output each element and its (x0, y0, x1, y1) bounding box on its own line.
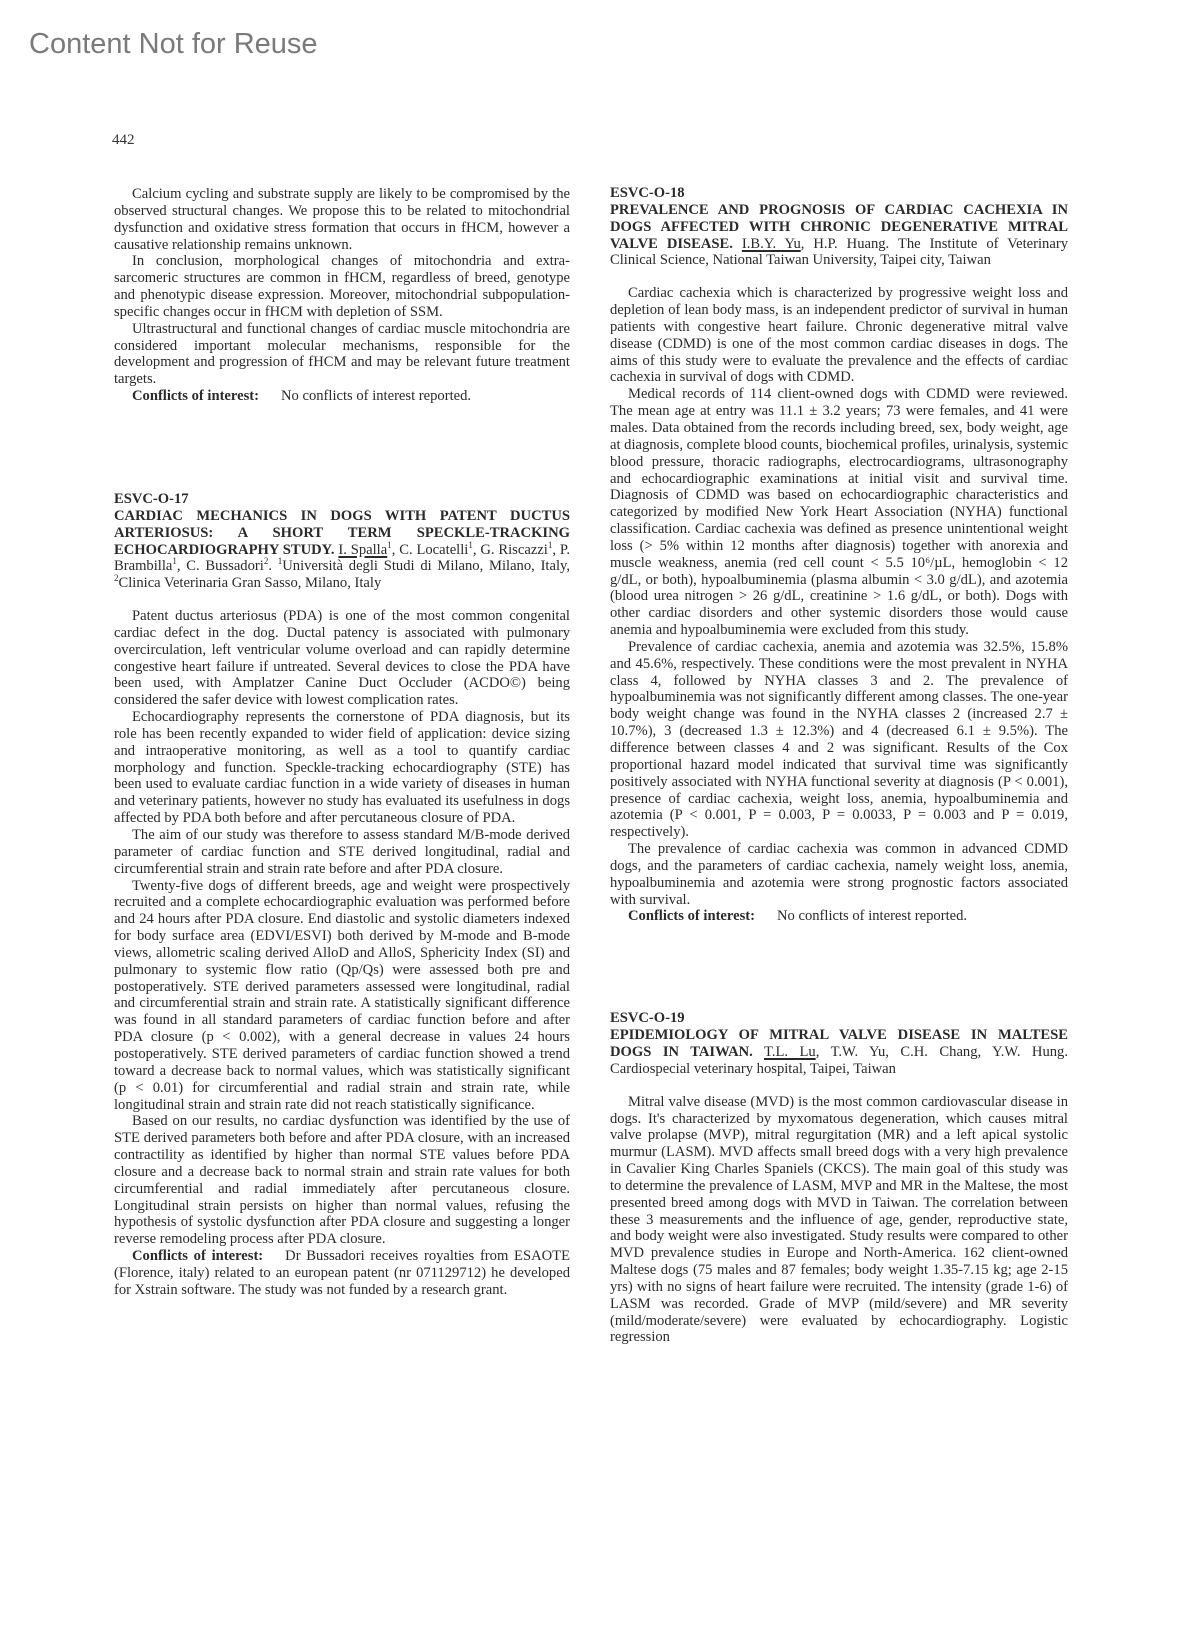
abstract-header: PREVALENCE AND PROGNOSIS OF CARDIAC CACH… (610, 202, 1068, 269)
abstract-esvc-o-18: ESVC-O-18 PREVALENCE AND PROGNOSIS OF CA… (610, 185, 1068, 925)
conflicts-label: Conflicts of interest: (628, 908, 755, 924)
conflicts-of-interest: Conflicts of interest:Dr Bussadori recei… (114, 1248, 570, 1299)
paragraph: Patent ductus arteriosus (PDA) is one of… (114, 608, 570, 709)
affiliation: Cardiospecial veterinary hospital, Taipe… (610, 1061, 896, 1077)
presenting-author: I.B.Y. Yu (742, 236, 801, 252)
presenting-author: I. Spalla (338, 542, 387, 558)
paragraph: Calcium cycling and substrate supply are… (114, 186, 570, 253)
page-number: 442 (112, 132, 135, 149)
conflicts-text: No conflicts of interest reported. (777, 908, 967, 924)
right-column: ESVC-O-18 PREVALENCE AND PROGNOSIS OF CA… (610, 185, 1068, 1346)
watermark: Content Not for Reuse (29, 28, 318, 61)
paragraph: Cardiac cachexia which is characterized … (610, 285, 1068, 386)
conflicts-of-interest: Conflicts of interest:No conflicts of in… (610, 908, 1068, 925)
paragraph: Ultrastructural and functional changes o… (114, 321, 570, 388)
paragraph: Echocardiography represents the cornerst… (114, 709, 570, 827)
conflicts-label: Conflicts of interest: (132, 388, 259, 404)
authors: , T.W. Yu, C.H. Chang, Y.W. Hung. (816, 1044, 1068, 1060)
paragraph: Based on our results, no cardiac dysfunc… (114, 1113, 570, 1248)
presenting-author: T.L. Lu (764, 1044, 816, 1060)
paragraph: The prevalence of cardiac cachexia was c… (610, 841, 1068, 908)
abstract-header: EPIDEMIOLOGY OF MITRAL VALVE DISEASE IN … (610, 1027, 1068, 1078)
authors: , H.P. Huang. (801, 236, 889, 252)
previous-abstract-continuation: Calcium cycling and substrate supply are… (114, 186, 570, 405)
affiliation-marker: 2 (264, 556, 269, 566)
paragraph: Medical records of 114 client-owned dogs… (610, 386, 1068, 639)
author: , C. Locatelli (392, 542, 469, 558)
paragraph: Twenty-five dogs of different breeds, ag… (114, 878, 570, 1114)
affiliation: Clinica Veterinaria Gran Sasso, Milano, … (119, 575, 382, 591)
conflicts-label: Conflicts of interest: (132, 1248, 263, 1264)
abstract-esvc-o-19: ESVC-O-19 EPIDEMIOLOGY OF MITRAL VALVE D… (610, 1010, 1068, 1346)
abstract-id: ESVC-O-19 (610, 1010, 1068, 1027)
paragraph: In conclusion, morphological changes of … (114, 253, 570, 320)
paragraph: Prevalence of cardiac cachexia, anemia a… (610, 639, 1068, 841)
abstract-esvc-o-17: ESVC-O-17 CARDIAC MECHANICS IN DOGS WITH… (114, 491, 570, 1299)
conflicts-text: No conflicts of interest reported. (281, 388, 471, 404)
author: , G. Riscazzi (473, 542, 548, 558)
paragraph: The aim of our study was therefore to as… (114, 827, 570, 878)
abstract-header: CARDIAC MECHANICS IN DOGS WITH PATENT DU… (114, 508, 570, 592)
conflicts-of-interest: Conflicts of interest:No conflicts of in… (114, 388, 570, 405)
affiliation: Università degli Studi di Milano, Milano… (282, 558, 570, 574)
author: , C. Bussadori (177, 558, 264, 574)
abstract-id: ESVC-O-18 (610, 185, 1068, 202)
abstract-id: ESVC-O-17 (114, 491, 570, 508)
left-column: Calcium cycling and substrate supply are… (114, 186, 570, 1299)
paragraph: Mitral valve disease (MVD) is the most c… (610, 1094, 1068, 1347)
